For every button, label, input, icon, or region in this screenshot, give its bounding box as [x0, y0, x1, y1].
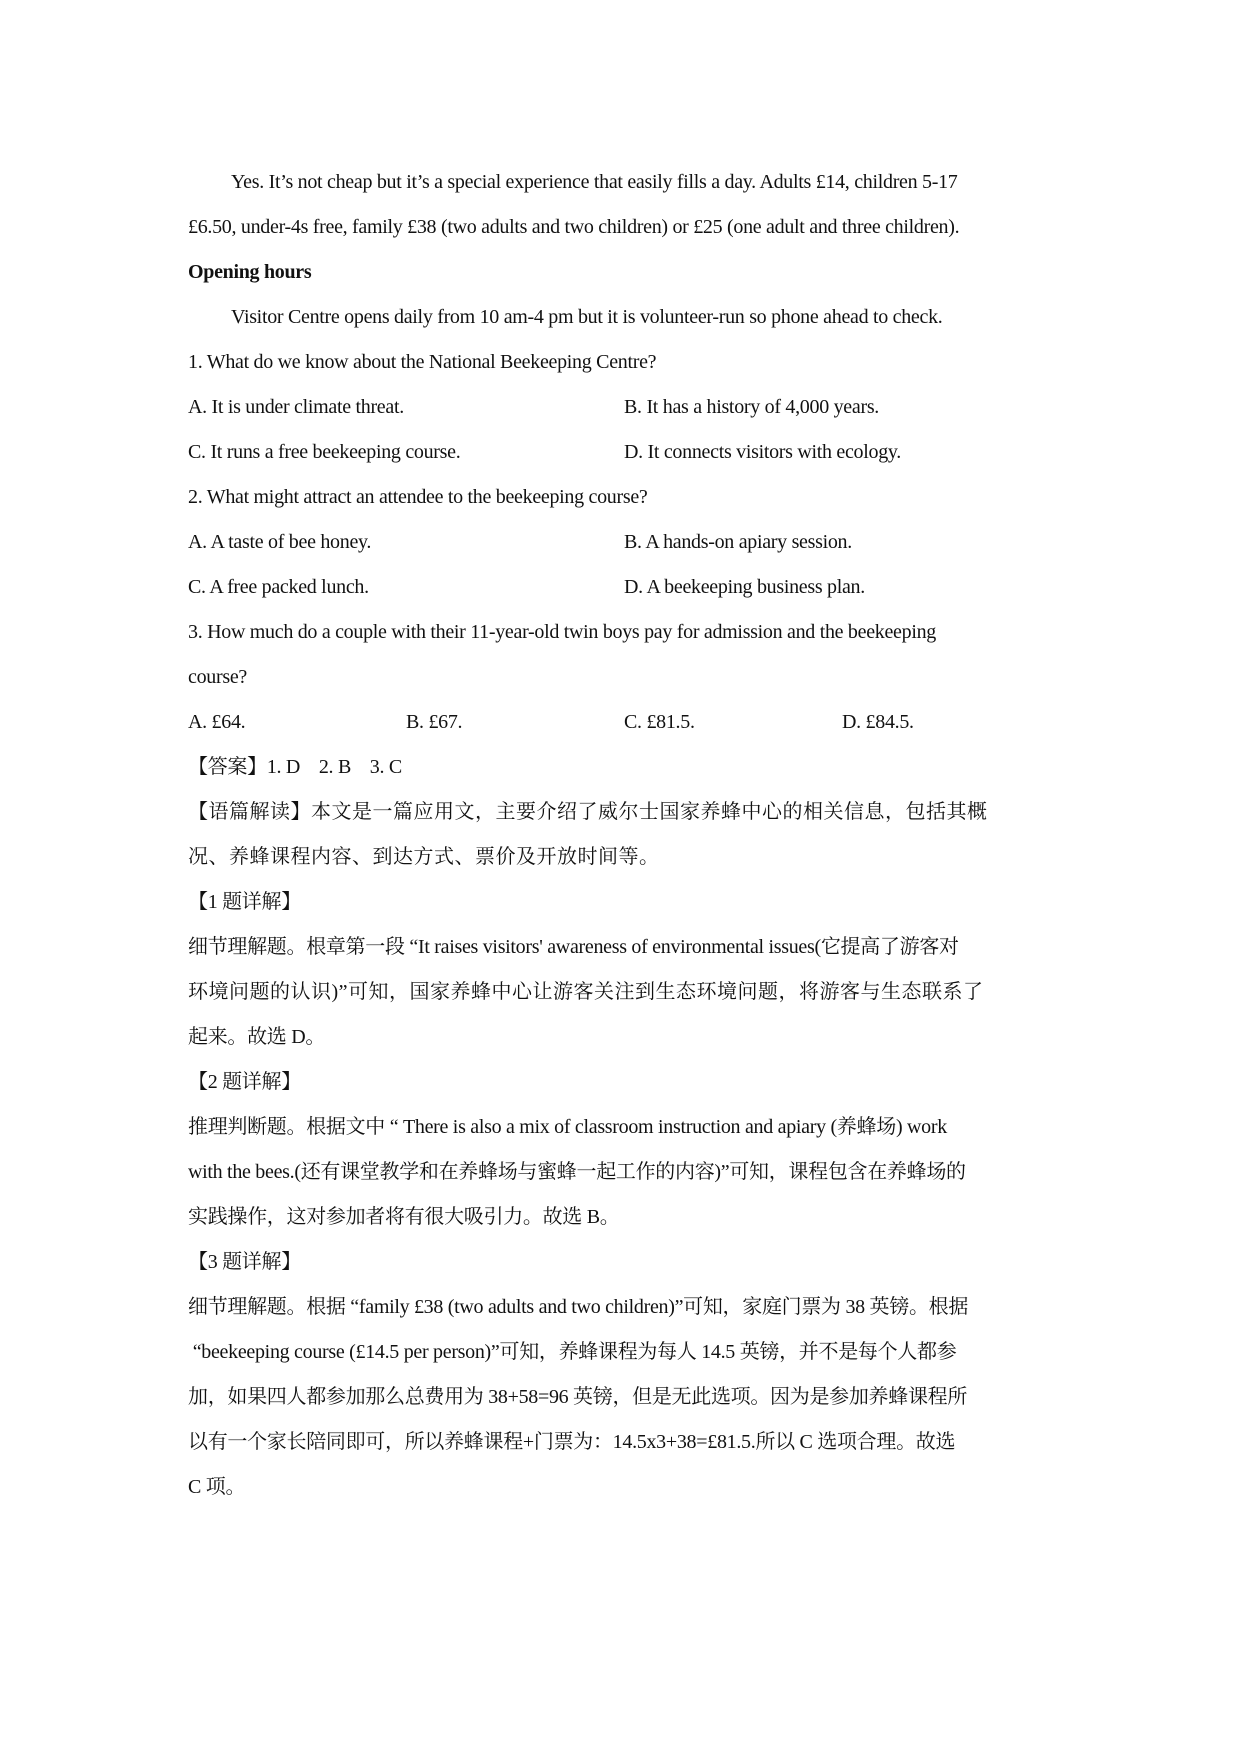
explanation-line: 细节理解题。根章第一段 “It raises visitors' awarene… [188, 925, 1060, 970]
opening-hours-text: Visitor Centre opens daily from 10 am-4 … [188, 295, 1060, 340]
question-stem: 1. What do we know about the National Be… [188, 340, 1060, 385]
analysis-label: 【语篇解读】 [188, 801, 311, 823]
option-d: D. It connects visitors with ecology. [624, 430, 1060, 475]
explanation-line: 细节理解题。根据 “family £38 (two adults and two… [188, 1285, 1060, 1330]
option-c: C. A free packed lunch. [188, 565, 624, 610]
option-c: C. £81.5. [624, 700, 842, 745]
question-3: 3. How much do a couple with their 11-ye… [188, 610, 1060, 745]
explanation-line: with the bees.(还有课堂教学和在养蜂场与蜜蜂一起工作的内容)”可知… [188, 1150, 1060, 1195]
option-b: B. A hands-on apiary session. [624, 520, 1060, 565]
options-row: A. A taste of bee honey. B. A hands-on a… [188, 520, 1060, 565]
options-row: A. £64. B. £67. C. £81.5. D. £84.5. [188, 700, 1060, 745]
answer-text: 1. D 2. B 3. C [267, 756, 402, 778]
explanation-line: 加，如果四人都参加那么总费用为 38+58=96 英镑，但是无此选项。因为是参加… [188, 1375, 1060, 1420]
question-1: 1. What do we know about the National Be… [188, 340, 1060, 475]
option-d: D. £84.5. [842, 700, 1060, 745]
opening-hours-heading: Opening hours [188, 250, 1060, 295]
option-b: B. £67. [406, 700, 624, 745]
price-line-2: £6.50, under-4s free, family £38 (two ad… [188, 205, 1060, 250]
explanation-heading: 【2 题详解】 [188, 1060, 1060, 1105]
question-stem-line-1: 3. How much do a couple with their 11-ye… [188, 610, 1060, 655]
explanation-line: “beekeeping course (£14.5 per person)”可知… [188, 1330, 1060, 1375]
answer-label: 【答案】 [188, 756, 267, 778]
explanation-1: 【1 题详解】 细节理解题。根章第一段 “It raises visitors'… [188, 880, 1060, 1060]
explanation-line: 起来。故选 D。 [188, 1015, 1060, 1060]
explanation-heading: 【3 题详解】 [188, 1240, 1060, 1285]
explanation-line: 推理判断题。根据文中 “ There is also a mix of clas… [188, 1105, 1060, 1150]
options-row: C. It runs a free beekeeping course. D. … [188, 430, 1060, 475]
question-2: 2. What might attract an attendee to the… [188, 475, 1060, 610]
document-page: Yes. It’s not cheap but it’s a special e… [188, 160, 1060, 1510]
option-d: D. A beekeeping business plan. [624, 565, 1060, 610]
explanation-line: 环境问题的认识)”可知，国家养蜂中心让游客关注到生态环境问题，将游客与生态联系了 [188, 970, 1060, 1015]
answer-line: 【答案】1. D 2. B 3. C [188, 745, 1060, 790]
price-line-1: Yes. It’s not cheap but it’s a special e… [188, 160, 1060, 205]
analysis-line-2: 况、养蜂课程内容、到达方式、票价及开放时间等。 [188, 835, 1060, 880]
explanation-3: 【3 题详解】 细节理解题。根据 “family £38 (two adults… [188, 1240, 1060, 1510]
options-row: A. It is under climate threat. B. It has… [188, 385, 1060, 430]
explanation-line: C 项。 [188, 1465, 1060, 1510]
explanation-line: 实践操作，这对参加者将有很大吸引力。故选 B。 [188, 1195, 1060, 1240]
analysis-text: 本文是一篇应用文，主要介绍了威尔士国家养蜂中心的相关信息，包括其概 [311, 801, 988, 823]
option-a: A. £64. [188, 700, 406, 745]
option-a: A. A taste of bee honey. [188, 520, 624, 565]
explanation-line: 以有一个家长陪同即可，所以养蜂课程+门票为：14.5x3+38=£81.5.所以… [188, 1420, 1060, 1465]
explanation-heading: 【1 题详解】 [188, 880, 1060, 925]
option-a: A. It is under climate threat. [188, 385, 624, 430]
price-paragraph: Yes. It’s not cheap but it’s a special e… [188, 160, 1060, 250]
option-b: B. It has a history of 4,000 years. [624, 385, 1060, 430]
analysis-line-1: 【语篇解读】本文是一篇应用文，主要介绍了威尔士国家养蜂中心的相关信息，包括其概 [188, 790, 1060, 835]
question-stem-line-2: course? [188, 655, 1060, 700]
option-c: C. It runs a free beekeeping course. [188, 430, 624, 475]
passage-analysis: 【语篇解读】本文是一篇应用文，主要介绍了威尔士国家养蜂中心的相关信息，包括其概 … [188, 790, 1060, 880]
options-row: C. A free packed lunch. D. A beekeeping … [188, 565, 1060, 610]
question-stem: 2. What might attract an attendee to the… [188, 475, 1060, 520]
explanation-2: 【2 题详解】 推理判断题。根据文中 “ There is also a mix… [188, 1060, 1060, 1240]
